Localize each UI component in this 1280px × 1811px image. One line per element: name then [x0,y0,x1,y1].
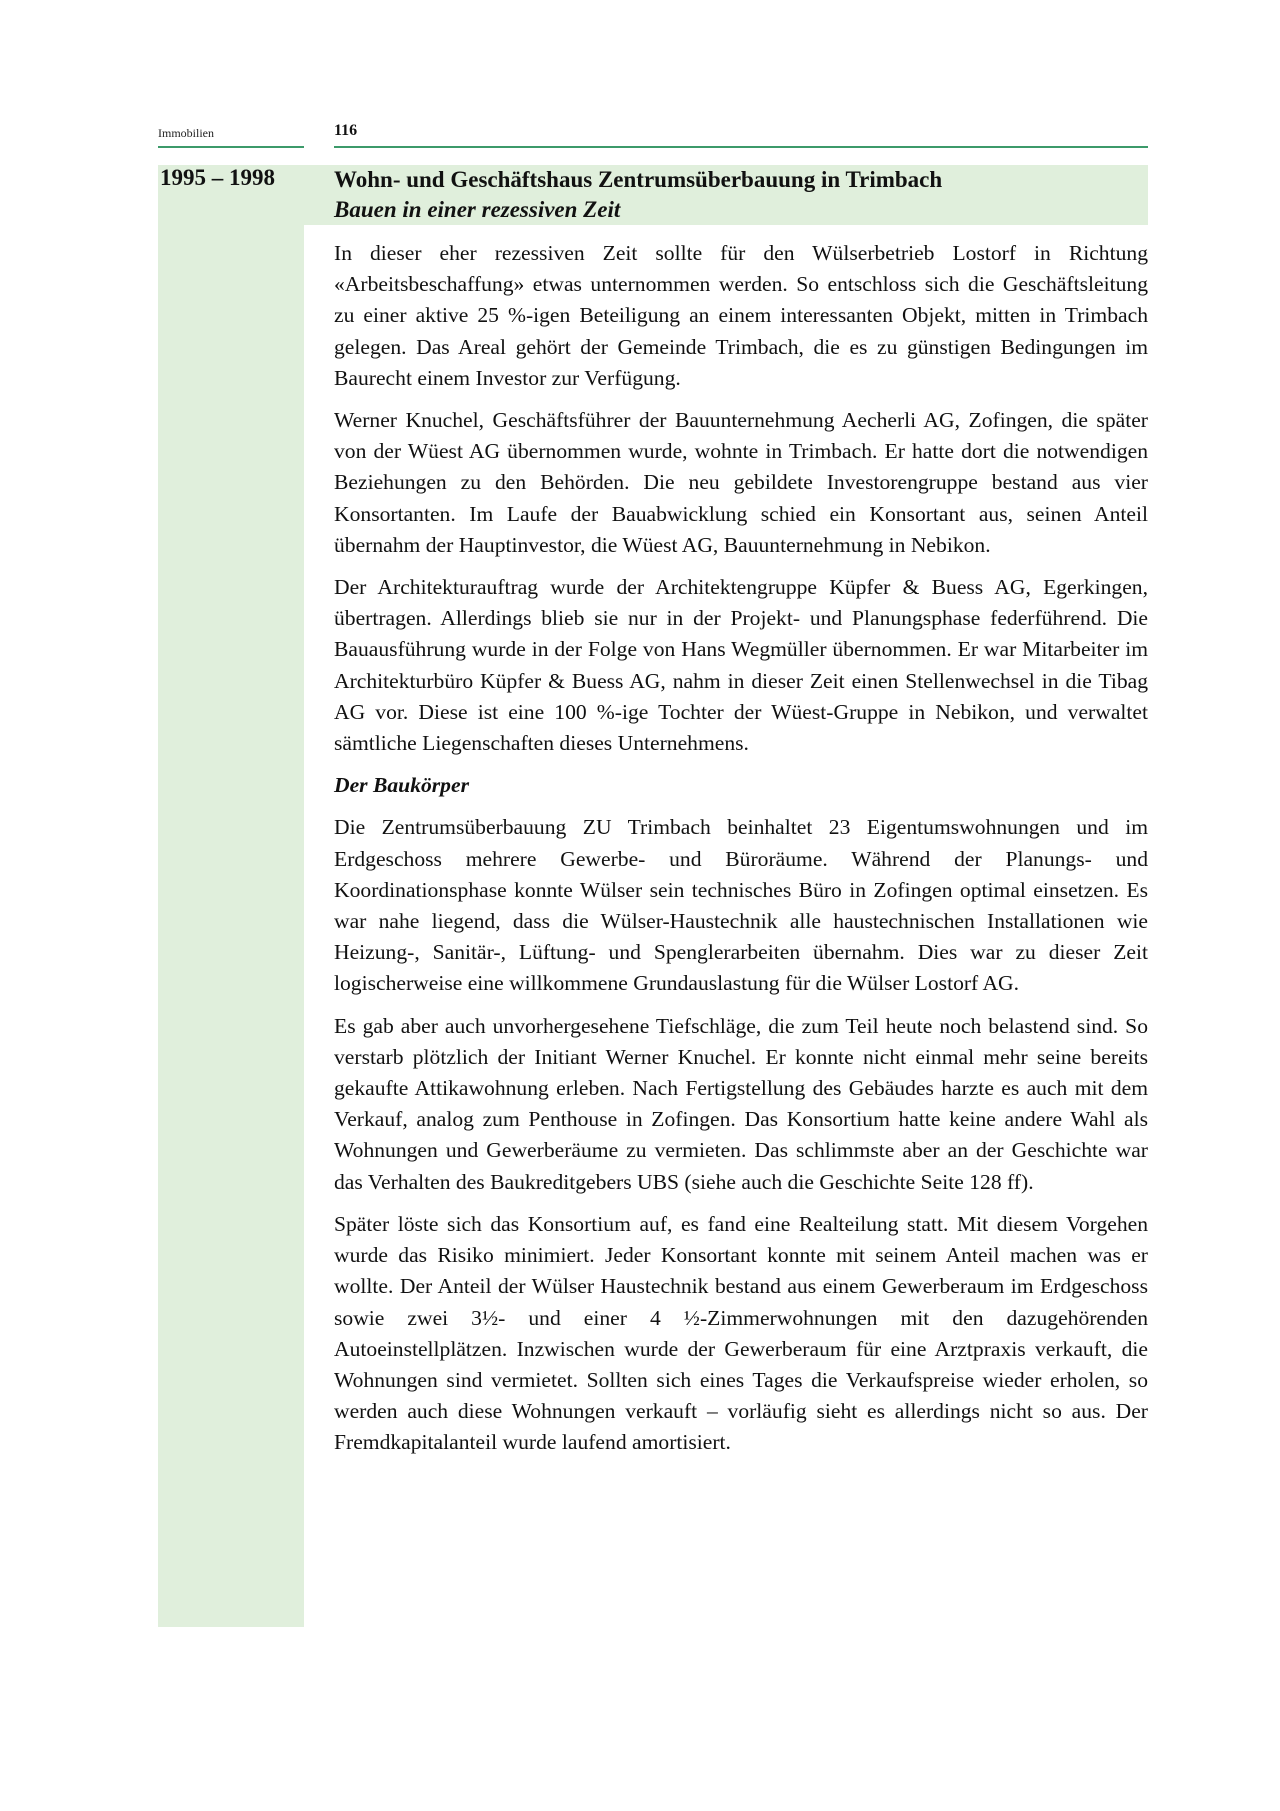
subheading-baukoerper: Der Baukörper [334,770,1148,801]
paragraph: Werner Knuchel, Geschäftsführer der Bauu… [334,405,1148,561]
paragraph: Der Architekturauftrag wurde der Archite… [334,572,1148,759]
year-column-strip [158,165,304,1627]
page-number: 116 [334,122,357,140]
body-text-column: In dieser eher rezessiven Zeit sollte fü… [334,238,1148,1470]
paragraph: In dieser eher rezessiven Zeit sollte fü… [334,238,1148,394]
section-subtitle: Bauen in einer rezessiven Zeit [334,195,620,225]
running-head-section: Immobilien [158,126,214,141]
paragraph: Später löste sich das Konsortium auf, es… [334,1209,1148,1459]
paragraph: Die Zentrumsüberbauung ZU Trimbach beinh… [334,812,1148,999]
paragraph: Es gab aber auch unvorhergesehene Tiefsc… [334,1011,1148,1198]
year-range: 1995 – 1998 [160,165,275,191]
header-rule-right [334,146,1148,148]
header-rule-left [158,146,304,148]
section-title: Wohn- und Geschäftshaus Zentrumsüberbauu… [334,165,942,195]
